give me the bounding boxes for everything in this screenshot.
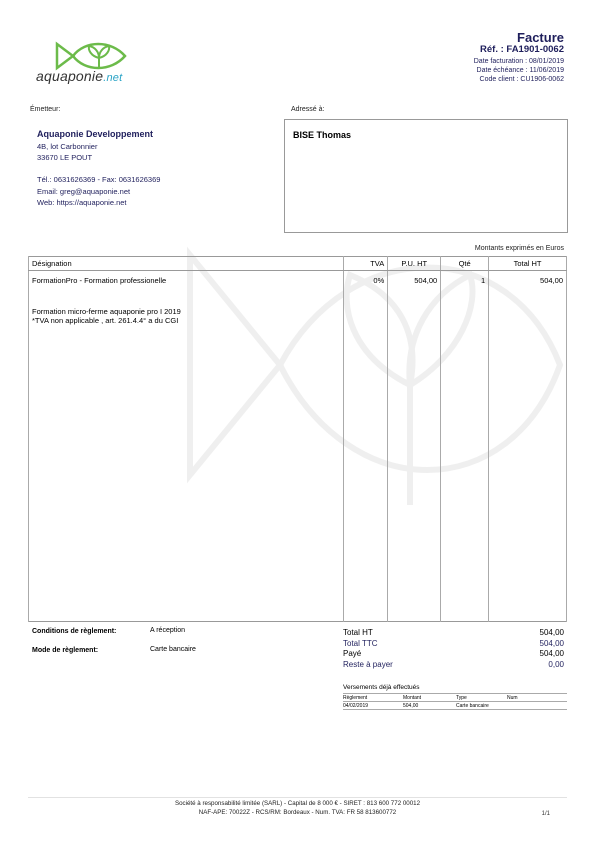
logo-text: aquaponie.net [36,68,122,84]
payments-col-num: Num [507,695,557,701]
payment-amount: 504,00 [403,703,456,709]
footer-divider [28,797,567,798]
payment-date: 04/02/2019 [343,703,403,709]
total-ht-label: Total HT [343,628,373,639]
col-pu-ht: P.U. HT [388,257,441,271]
mode-value: Carte bancaire [150,646,196,653]
cell-designation: FormationPro - Formation professionelle … [29,271,344,622]
date-echeance: Date échéance : 11/06/2019 [477,67,564,74]
table-row: FormationPro - Formation professionelle … [29,271,567,622]
page-number: 1/1 [542,811,550,817]
totals-block: Total HT 504,00 Total TTC 504,00 Payé 50… [343,628,564,670]
emitter-phone: Tél.: 0631626369 - Fax: 0631626369 [30,174,280,185]
currency-note: Montants exprimés en Euros [475,245,564,252]
table-header-row: Désignation TVA P.U. HT Qté Total HT [29,257,567,271]
emitter-address2: 33670 LE POUT [30,152,280,163]
line-description-1: Formation micro-ferme aquaponie pro I 20… [32,307,340,316]
conditions-value: A réception [150,627,185,634]
payments-col-type: Type [456,695,507,701]
reste-value: 0,00 [548,660,564,671]
payments-header-row: Règlement Montant Type Num [343,694,567,702]
document-title: Facture [517,30,564,45]
cell-tva: 0% [344,271,388,622]
code-client: Code client : CU1906-0062 [480,76,564,83]
paye-label: Payé [343,649,361,660]
date-facturation: Date facturation : 08/01/2019 [474,58,564,65]
payments-made: Versements déjà effectués Règlement Mont… [343,684,567,710]
total-ht-row: Total HT 504,00 [343,628,564,639]
payments-title: Versements déjà effectués [343,684,567,691]
total-ttc-row: Total TTC 504,00 [343,639,564,650]
total-ttc-value: 504,00 [540,639,564,650]
reste-label: Reste à payer [343,660,393,671]
reste-row: Reste à payer 0,00 [343,660,564,671]
total-ht-value: 504,00 [540,628,564,639]
recipient-box: BISE Thomas [284,119,568,233]
mode-label: Mode de règlement: [32,647,98,654]
payments-col-montant: Montant [403,695,456,701]
table-row: 04/02/2019 504,00 Carte bancaire [343,702,567,709]
invoice-lines-table: Désignation TVA P.U. HT Qté Total HT For… [28,256,567,622]
col-tva: TVA [344,257,388,271]
cell-qte: 1 [441,271,489,622]
col-designation: Désignation [29,257,344,271]
invoice-ref: Réf. : FA1901-0062 [480,44,564,55]
payments-col-reglement: Règlement [343,695,403,701]
total-ttc-label: Total TTC [343,639,378,650]
col-qte: Qté [441,257,489,271]
recipient-name: BISE Thomas [293,130,351,140]
logo-tld: .net [103,72,122,84]
cell-pu-ht: 504,00 [388,271,441,622]
paye-value: 504,00 [540,649,564,660]
conditions-label: Conditions de règlement: [32,628,116,635]
emitter-email: Email: greg@aquaponie.net [30,186,280,197]
col-total-ht: Total HT [489,257,567,271]
emitter-name: Aquaponie Developpement [30,128,280,141]
logo-brand: aquaponie [36,68,103,84]
emitter-web: Web: https://aquaponie.net [30,197,280,208]
cell-total-ht: 504,00 [489,271,567,622]
emitter-label: Émetteur: [30,106,60,113]
emitter-box: Aquaponie Developpement 4B, lot Carbonni… [30,120,280,228]
line-description-2: *TVA non applicable , art. 261.4.4° a du… [32,316,340,325]
recipient-label: Adressé à: [291,106,324,113]
footer-line2: NAF-APE: 70022Z - RCS/RM: Bordeaux - Num… [0,809,595,816]
line-designation: FormationPro - Formation professionelle [32,276,340,285]
payment-type: Carte bancaire [456,703,507,709]
emitter-address1: 4B, lot Carbonnier [30,141,280,152]
footer-line1: Société à responsabilité limitée (SARL) … [0,800,595,807]
paye-row: Payé 504,00 [343,649,564,660]
